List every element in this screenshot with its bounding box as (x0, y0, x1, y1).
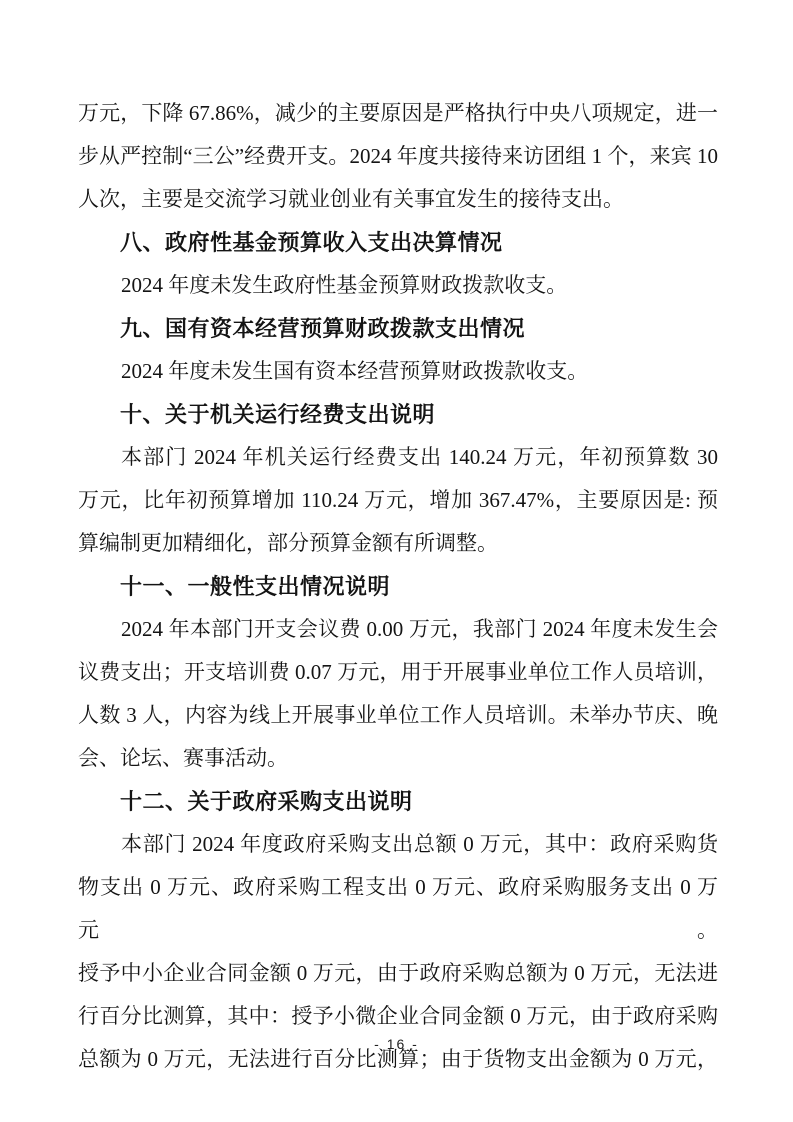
section-heading-9: 九、国有资本经营预算财政拨款支出情况 (78, 307, 718, 350)
body-line: 算编制更加精细化，部分预算金额有所调整。 (78, 522, 718, 565)
body-line: 万元，下降 67.86%，减少的主要原因是严格执行中央八项规定，进一 (78, 92, 718, 135)
body-line: 授予中小企业合同金额 0 万元，由于政府采购总额为 0 万元，无法进 (78, 952, 718, 995)
body-line: 万元，比年初预算增加 110.24 万元，增加 367.47%，主要原因是: 预 (78, 479, 718, 522)
section-heading-12: 十二、关于政府采购支出说明 (78, 780, 718, 823)
section-heading-11: 十一、一般性支出情况说明 (78, 565, 718, 608)
body-line: 2024 年度未发生国有资本经营预算财政拨款收支。 (78, 350, 718, 393)
paragraph-three-public-funds: 万元，下降 67.86%，减少的主要原因是严格执行中央八项规定，进一 步从严控制… (78, 92, 718, 221)
paragraph-operating-expenses: 本部门 2024 年机关运行经费支出 140.24 万元，年初预算数 30 万元… (78, 436, 718, 565)
body-line: 物支出 0 万元、政府采购工程支出 0 万元、政府采购服务支出 0 万元。 (78, 866, 718, 952)
paragraph-state-capital-budget: 2024 年度未发生国有资本经营预算财政拨款收支。 (78, 350, 718, 393)
paragraph-govt-fund-budget: 2024 年度未发生政府性基金预算财政拨款收支。 (78, 264, 718, 307)
body-line: 本部门 2024 年机关运行经费支出 140.24 万元，年初预算数 30 (78, 436, 718, 479)
body-line: 步从严控制“三公”经费开支。2024 年度共接待来访团组 1 个，来宾 10 (78, 135, 718, 178)
document-page: 万元，下降 67.86%，减少的主要原因是严格执行中央八项规定，进一 步从严控制… (0, 0, 793, 1122)
section-heading-10: 十、关于机关运行经费支出说明 (78, 393, 718, 436)
paragraph-general-expenditure: 2024 年本部门开支会议费 0.00 万元，我部门 2024 年度未发生会 议… (78, 608, 718, 780)
body-line: 2024 年本部门开支会议费 0.00 万元，我部门 2024 年度未发生会 (78, 608, 718, 651)
body-line: 行百分比测算，其中：授予小微企业合同金额 0 万元，由于政府采购 (78, 995, 718, 1038)
section-heading-8: 八、政府性基金预算收入支出决算情况 (78, 221, 718, 264)
body-line: 2024 年度未发生政府性基金预算财政拨款收支。 (78, 264, 718, 307)
body-line: 本部门 2024 年度政府采购支出总额 0 万元，其中：政府采购货 (78, 823, 718, 866)
body-line: 议费支出；开支培训费 0.07 万元，用于开展事业单位工作人员培训， (78, 651, 718, 694)
page-number: - 16 - (0, 1036, 793, 1052)
document-body: 万元，下降 67.86%，减少的主要原因是严格执行中央八项规定，进一 步从严控制… (78, 92, 718, 1081)
body-line: 人次，主要是交流学习就业创业有关事宜发生的接待支出。 (78, 178, 718, 221)
body-line: 人数 3 人，内容为线上开展事业单位工作人员培训。未举办节庆、晚 (78, 694, 718, 737)
body-line: 会、论坛、赛事活动。 (78, 737, 718, 780)
